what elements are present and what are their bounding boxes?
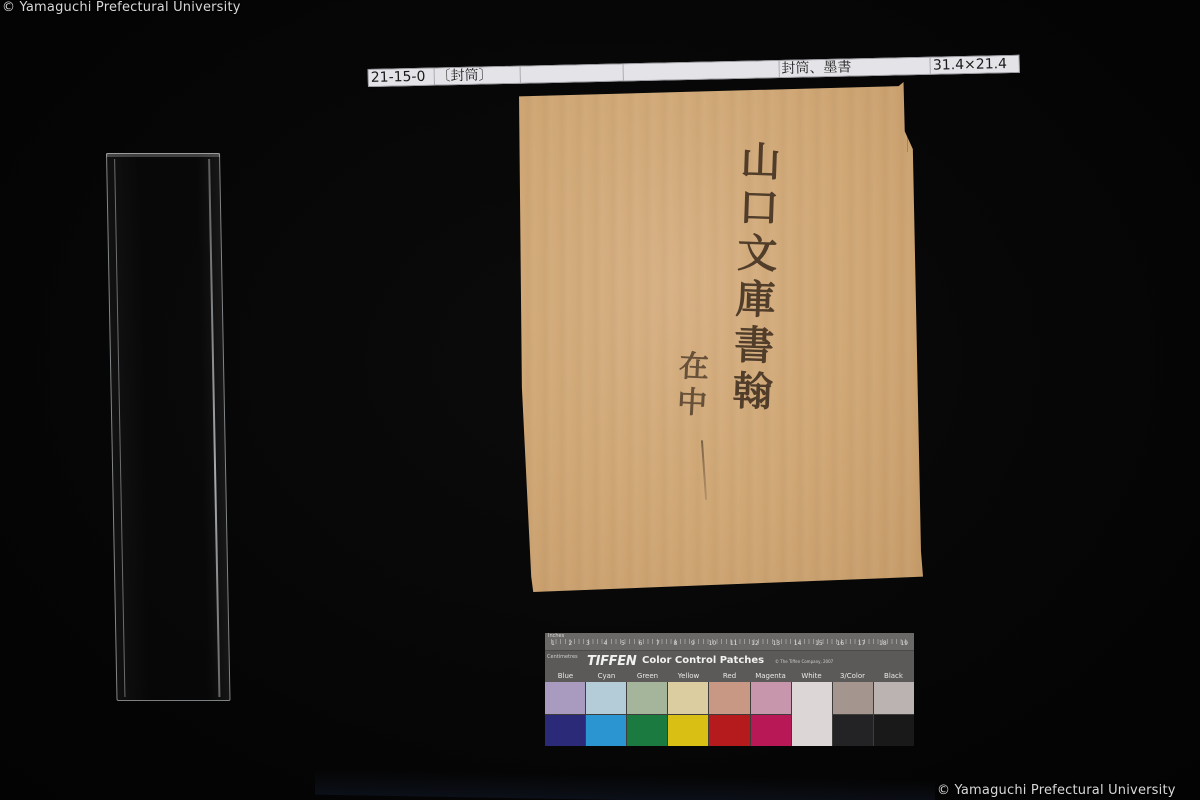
patch-label-green: Green	[627, 671, 668, 681]
cm-tick: 14	[794, 640, 802, 647]
patch-magenta-light	[751, 682, 791, 714]
patch-label-yellow: Yellow	[668, 671, 709, 681]
cm-tick: 1	[551, 640, 555, 647]
patch-white-light	[792, 682, 832, 746]
chart-ruler: Inches 1 2 3 4 5 6 7 8 9 10 11 12 13 14 …	[545, 633, 914, 651]
envelope: 山口文庫書翰 在中	[517, 80, 923, 592]
patch-cyan-light	[586, 682, 626, 714]
patch-3color-light	[833, 682, 873, 714]
cm-tick: 13	[772, 640, 780, 647]
cm-tick: 10	[709, 640, 717, 647]
patch-green-light	[627, 682, 667, 714]
chart-title: Color Control Patches	[642, 655, 764, 666]
copyright-bottom: © Yamaguchi Prefectural University	[937, 783, 1176, 798]
patch-green-dark	[627, 715, 667, 747]
cm-tick: 3	[586, 640, 590, 647]
cm-tick: 5	[621, 640, 625, 647]
cm-tick: 16	[836, 640, 844, 647]
patch-labels: Blue Cyan Green Yellow Red Magenta White…	[545, 671, 914, 681]
ruler-cm-labels: 1 2 3 4 5 6 7 8 9 10 11 12 13 14 15 16 1…	[551, 640, 908, 647]
chart-copyright: © The Tiffen Company, 2007	[775, 659, 833, 664]
patch-cyan-dark	[586, 715, 626, 747]
catalog-dimensions: 31.4×21.4	[931, 56, 1019, 74]
cm-tick: 7	[656, 640, 660, 647]
catalog-blank-2	[624, 61, 780, 80]
copyright-top: © Yamaguchi Prefectural University	[2, 0, 241, 15]
cm-tick: 9	[691, 640, 695, 647]
patch-red-dark	[709, 715, 749, 747]
brush-stroke-tail	[701, 440, 707, 500]
catalog-description: 封筒、墨書	[779, 58, 931, 77]
patch-magenta-dark	[751, 715, 791, 747]
patch-label-blue: Blue	[545, 671, 586, 681]
cm-tick: 4	[604, 640, 608, 647]
patch-label-black: Black	[873, 671, 914, 681]
color-calibration-chart: Inches 1 2 3 4 5 6 7 8 9 10 11 12 13 14 …	[545, 633, 914, 746]
cm-tick: 19	[900, 640, 908, 647]
catalog-label-row: 21-15-0 〔封筒〕 封筒、墨書 31.4×21.4	[368, 55, 1020, 87]
ruler-cm-label: Centimetres	[547, 654, 578, 660]
envelope-main-inscription: 山口文庫書翰	[720, 139, 787, 417]
patch-black-dark	[874, 715, 914, 747]
patch-3color-dark	[833, 715, 873, 747]
patch-blue-dark	[545, 715, 585, 747]
patch-yellow-dark	[668, 715, 708, 747]
cm-tick: 18	[879, 640, 887, 647]
patch-black-light	[874, 682, 914, 714]
patch-label-magenta: Magenta	[750, 671, 791, 681]
cm-tick: 11	[730, 640, 738, 647]
tiffen-logo: TIFFEN	[587, 654, 636, 669]
glass-top-edge	[106, 153, 220, 157]
patch-blue-light	[545, 682, 585, 714]
patch-label-red: Red	[709, 671, 750, 681]
cm-tick: 6	[639, 640, 643, 647]
cm-tick: 12	[751, 640, 759, 647]
patch-label-3color: 3/Color	[832, 671, 873, 681]
envelope-side-inscription: 在中	[665, 349, 713, 423]
chart-header: Centimetres TIFFEN Color Control Patches…	[545, 650, 914, 672]
catalog-blank-1	[520, 64, 624, 82]
cm-tick: 15	[815, 640, 823, 647]
catalog-label: 21-15-0 〔封筒〕 封筒、墨書 31.4×21.4	[367, 35, 1020, 87]
glass-outline	[106, 153, 231, 701]
background-shadow	[315, 770, 935, 800]
catalog-id: 21-15-0	[369, 69, 435, 86]
cm-tick: 2	[569, 640, 573, 647]
color-patch-grid	[545, 682, 914, 746]
envelope-flap-fold	[907, 100, 908, 151]
archival-photo: © Yamaguchi Prefectural University 21-15…	[0, 0, 1200, 800]
glass-slab	[106, 153, 231, 701]
patch-yellow-light	[668, 682, 708, 714]
cm-tick: 8	[674, 640, 678, 647]
patch-label-white: White	[791, 671, 832, 681]
patch-red-light	[709, 682, 749, 714]
cm-tick: 17	[858, 640, 866, 647]
patch-label-cyan: Cyan	[586, 671, 627, 681]
catalog-title: 〔封筒〕	[434, 67, 520, 85]
